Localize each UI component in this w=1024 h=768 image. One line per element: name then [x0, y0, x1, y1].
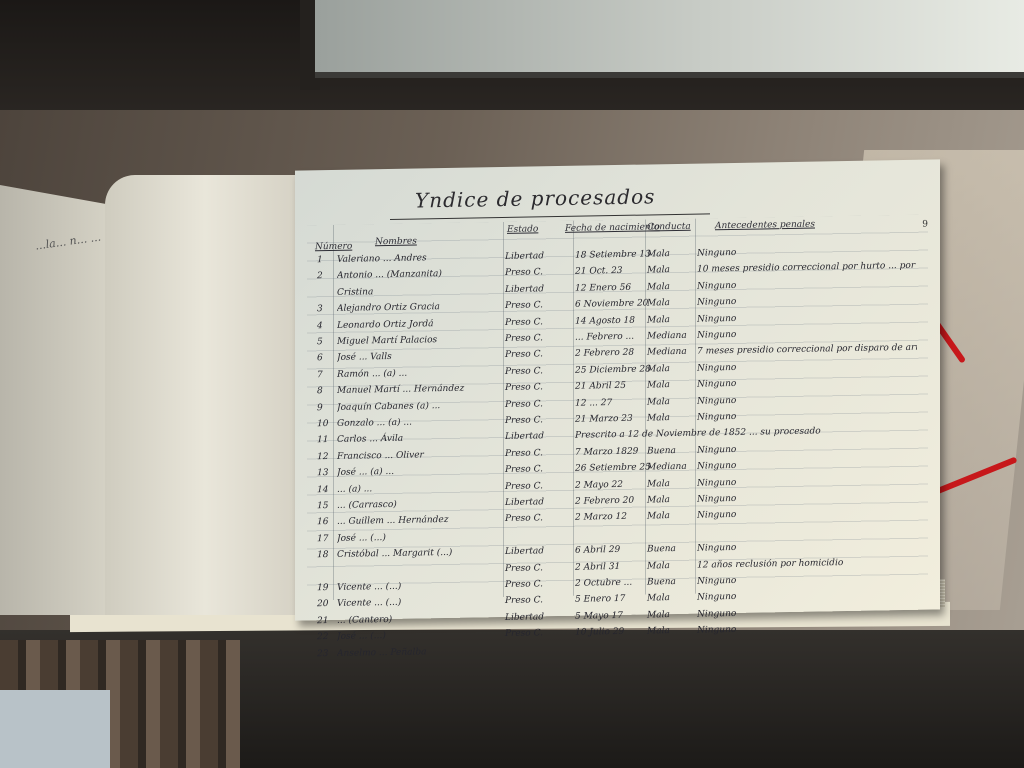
ledger-cell-estado: Preso C. — [505, 264, 565, 281]
ledger-cell-name: Cristóbal ... Margarit (...) — [337, 544, 507, 563]
ledger-cell-estado: Preso C. — [505, 478, 565, 495]
ledger-title: Yndice de procesados — [415, 184, 655, 212]
window — [315, 0, 1024, 78]
ledger-cell-conducta: Mala — [647, 278, 697, 295]
ledger-cell-conducta: Mala — [647, 311, 697, 328]
ledger-cell-fecha: 6 Noviembre 20 — [575, 296, 645, 313]
ledger-cell-num: 22 — [317, 629, 335, 645]
ledger-cell-estado: Libertad — [505, 428, 565, 445]
ledger-cell-estado: Preso C. — [505, 363, 565, 380]
header-fecha: Fecha de nacimiento — [565, 222, 660, 234]
ledger-cell-fecha: Prescrito a 12 de Noviembre de 1852 ... … — [575, 427, 645, 444]
ledger-cell-estado: Preso C. — [505, 314, 565, 331]
ledger-cell-num: 5 — [317, 334, 335, 350]
ledger-cell-num: 19 — [317, 580, 335, 596]
blue-folder — [0, 690, 110, 768]
ledger-cell-num: 15 — [317, 498, 335, 514]
ledger-cell-conducta: Mediana — [647, 328, 697, 345]
ledger-right-page: Yndice de procesados 9 Número Nombres Es… — [295, 159, 940, 620]
ledger-cell-conducta: Mala — [647, 410, 697, 427]
ledger-cell-fecha: 21 Abril 25 — [575, 378, 645, 395]
ledger-cell-conducta: Mediana — [647, 459, 697, 476]
ledger-cell-num: 17 — [317, 531, 335, 547]
ledger-cell-num: 10 — [317, 416, 335, 432]
ledger-cell-conducta: Mala — [647, 393, 697, 410]
header-numero: Número — [315, 242, 352, 253]
ledger-cell-estado: Preso C. — [505, 445, 565, 462]
ledger-cell-num: 16 — [317, 514, 335, 530]
ledger-cell-num: 8 — [317, 383, 335, 399]
ledger-cell-conducta: Mala — [647, 492, 697, 509]
ledger-cell-conducta: Buena — [647, 574, 697, 591]
ledger-cell-fecha: 2 Octubre ... — [575, 575, 645, 592]
ledger-cell-estado: Preso C. — [505, 330, 565, 347]
ledger-cell-conducta: Buena — [647, 541, 697, 558]
ledger-cell-num: 13 — [317, 465, 335, 481]
ledger-cell-num: 2 — [317, 268, 335, 284]
ledger-cell-name: Anselmo ... Peñalba — [337, 643, 507, 662]
column-rule — [573, 221, 574, 596]
ledger-cell-fecha: 2 Abril 31 — [575, 558, 645, 575]
ledger-cell-estado: Preso C. — [505, 625, 565, 642]
ledger-cell-conducta: Mala — [647, 475, 697, 492]
ledger-cell-estado: Libertad — [505, 281, 565, 298]
ledger-cell-conducta: Mala — [647, 623, 697, 640]
header-antecedentes: Antecedentes penales — [715, 220, 815, 232]
ledger-cell-fecha: 2 Mayo 22 — [575, 476, 645, 493]
header-conducta: Conducta — [647, 222, 691, 233]
ledger-cell-conducta: Mala — [647, 508, 697, 525]
ledger-cell-num: 11 — [317, 432, 335, 448]
ledger-cell-fecha: 21 Marzo 23 — [575, 411, 645, 428]
ledger-cell-conducta: Mala — [647, 557, 697, 574]
ledger-cell-estado: Preso C. — [505, 560, 565, 577]
ledger-cell-conducta: Mala — [647, 295, 697, 312]
ledger-left-page-fold — [105, 175, 305, 615]
ledger-cell-num: 20 — [317, 596, 335, 612]
ledger-cell-num: 1 — [317, 252, 335, 268]
ledger-cell-num: 14 — [317, 482, 335, 498]
ledger-cell-conducta: Mala — [647, 262, 697, 279]
ledger-cell-fecha: 5 Mayo 17 — [575, 607, 645, 624]
ledger-cell-conducta: Mediana — [647, 344, 697, 361]
ledger-cell-conducta: Mala — [647, 377, 697, 394]
ledger-cell-num: 18 — [317, 547, 335, 563]
ledger-cell-estado: Libertad — [505, 609, 565, 626]
ledger-cell-num: 23 — [317, 646, 335, 662]
ledger-cell-fecha: 2 Febrero 20 — [575, 493, 645, 510]
ledger-cell-estado: Preso C. — [505, 576, 565, 593]
ledger-cell-conducta: Mala — [647, 590, 697, 607]
ledger-cell-estado: Preso C. — [505, 510, 565, 527]
ledger-cell-fecha: 12 Enero 56 — [575, 279, 645, 296]
ledger-cell-num: 12 — [317, 449, 335, 465]
ledger-cell-estado: Preso C. — [505, 412, 565, 429]
ledger-cell-fecha: 2 Febrero 28 — [575, 345, 645, 362]
column-rule — [645, 220, 646, 595]
ledger-cell-num: 7 — [317, 367, 335, 383]
ledger-cell-estado: Preso C. — [505, 396, 565, 413]
ledger-cell-fecha: 26 Setiembre 25 — [575, 460, 645, 477]
ledger-cell-estado: Preso C. — [505, 592, 565, 609]
ledger-cell-estado: Preso C. — [505, 297, 565, 314]
ledger-cell-estado: Preso C. — [505, 346, 565, 363]
ledger-cell-fecha: 21 Oct. 23 — [575, 263, 645, 280]
ledger-cell-fecha: 18 Setiembre 13 — [575, 247, 645, 264]
ledger-cell-fecha: 25 Diciembre 28 — [575, 361, 645, 378]
ledger-cell-num: 6 — [317, 350, 335, 366]
ledger-cell-num: 3 — [317, 301, 335, 317]
header-estado: Estado — [507, 224, 538, 235]
ledger-cell-num: 4 — [317, 318, 335, 334]
ledger-cell-fecha: 10 Julio 29 — [575, 624, 645, 641]
ledger-cell-estado: Preso C. — [505, 461, 565, 478]
ledger-cell-fecha: 12 ... 27 — [575, 394, 645, 411]
ledger-cell-estado: Libertad — [505, 248, 565, 265]
ledger-cell-conducta: Mala — [647, 246, 697, 263]
ledger-cell-estado: Preso C. — [505, 379, 565, 396]
ledger-cell-fecha: 5 Enero 17 — [575, 591, 645, 608]
ledger-cell-fecha: 2 Marzo 12 — [575, 509, 645, 526]
ledger-cell-num: 9 — [317, 400, 335, 416]
ledger-cell-num: 21 — [317, 613, 335, 629]
ledger-cell-conducta: Mala — [647, 360, 697, 377]
header-nombres: Nombres — [375, 237, 417, 248]
photo-scene: ...la... n... ... Yndice de procesados 9… — [0, 0, 1024, 768]
ledger-cell-fecha: 14 Agosto 18 — [575, 312, 645, 329]
ledger-cell-estado: Libertad — [505, 543, 565, 560]
ledger-cell-fecha: ... Febrero ... — [575, 329, 645, 346]
ledger-cell-conducta: Mala — [647, 606, 697, 623]
ledger-cell-fecha: 7 Marzo 1829 — [575, 443, 645, 460]
ledger-cell-fecha: 6 Abril 29 — [575, 542, 645, 559]
ledger-cell-estado: Libertad — [505, 494, 565, 511]
ledger-cell-conducta: Buena — [647, 442, 697, 459]
left-page-faint-text: ...la... n... ... — [34, 230, 101, 252]
